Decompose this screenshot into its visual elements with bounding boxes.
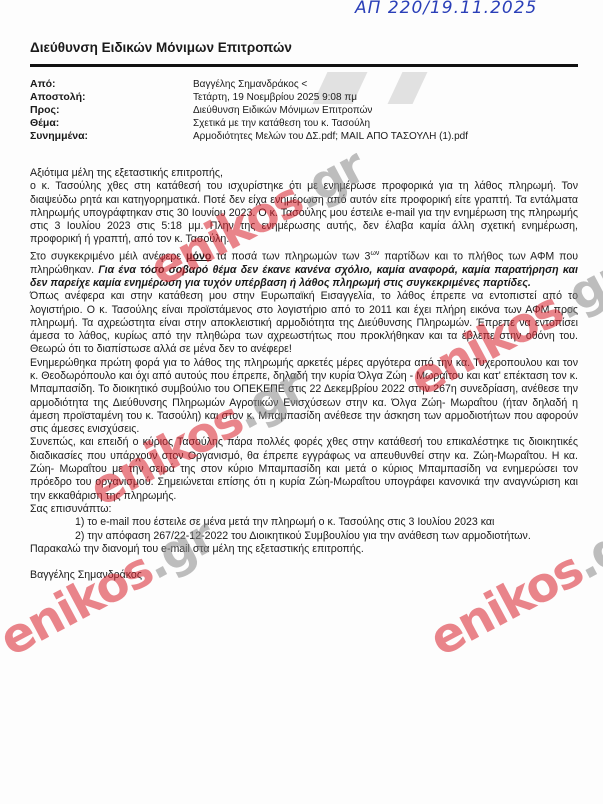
header-attachments: Συνημμένα:Αρμοδιότητες Μελών του ΔΣ.pdf;… [30, 130, 468, 143]
email-header: Από:Βαγγέλης Σημανδράκος < Αποστολή:Τετά… [30, 78, 468, 143]
paragraph-5: Συνεπώς, και επειδή ο κύριος Τασούλης πά… [30, 436, 578, 502]
header-sent: Αποστολή:Τετάρτη, 19 Νοεμβρίου 2025 9:08… [30, 91, 468, 104]
closing: Παρακαλώ την διανομή του e-mail στα μέλη… [30, 543, 578, 556]
paragraph-1: ο κ. Τασούλης χθες στη κατάθεσή του ισχυ… [30, 180, 578, 246]
attachment-item-1: 1) το e-mail που έστειλε σε μένα μετά τη… [30, 516, 578, 529]
header-from: Από:Βαγγέλης Σημανδράκος < [30, 78, 468, 91]
paragraph-2: Στο συγκεκριμένο μέιλ ανέφερε μόνο τα πο… [30, 247, 578, 290]
organization-title: Διεύθυνση Ειδικών Μόνιμων Επιτροπών [30, 40, 292, 55]
paragraph-3: Όπως ανέφερα και στην κατάθεση μου στην … [30, 290, 578, 356]
header-to: Προς:Διεύθυνση Ειδικών Μόνιμων Επιτροπών [30, 104, 468, 117]
attachment-item-2: 2) την απόφαση 267/22-12-2022 του Διοικη… [30, 530, 578, 543]
header-rule [30, 64, 578, 67]
handwritten-stamp: ΑΠ 220/19.11.2025 [355, 0, 537, 18]
paragraph-4: Ενημερώθηκα πρώτη φορά για το λάθος της … [30, 357, 578, 437]
attachments-intro: Σας επισυνάπτω: [30, 503, 578, 516]
header-subject: Θέμα:Σχετικά με την κατάθεση του κ. Τασο… [30, 117, 468, 130]
greeting: Αξιότιμα μέλη της εξεταστικής επιτροπής, [30, 167, 578, 180]
email-body: Αξιότιμα μέλη της εξεταστικής επιτροπής,… [30, 167, 578, 582]
signature: Βαγγέλης Σημανδράκος [30, 569, 578, 582]
